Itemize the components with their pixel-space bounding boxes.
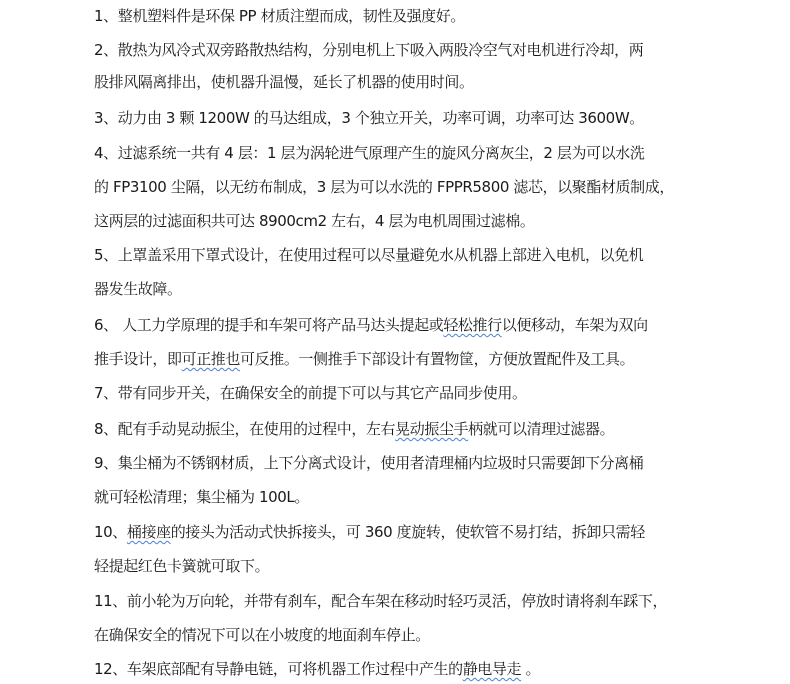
text-line: 这两层的过滤面积共可达 8900cm2 左右，4 层为电机周围过滤棉。 [94, 211, 534, 231]
line-text: 3、动力由 3 颗 1200W 的马达组成，3 个独立开关，功率可调，功率可达 … [94, 109, 644, 127]
text-line: 器发生故障。 [94, 279, 182, 299]
line-text: 器发生故障。 [94, 280, 182, 298]
text-line: 5、上罩盖采用下罩式设计，在使用过程可以尽量避免水从机器上部进入电机，以免机 [94, 245, 643, 265]
line-text: 12、车架底部配有导静电链，可将机器工作过程中产生的 [94, 660, 463, 678]
line-text: 可反推。一侧推手下部设计有置物筐，方便放置配件及工具。 [240, 350, 634, 368]
line-text: 的接头为活动式快拆接头，可 360 度旋转，使软管不易打结，拆卸只需轻 [171, 523, 645, 541]
text-line: 4、过滤系统一共有 4 层：1 层为涡轮进气原理产生的旋风分离灰尘，2 层为可以… [94, 143, 644, 163]
text-line: 7、带有同步开关，在确保安全的前提下可以与其它产品同步使用。 [94, 383, 527, 403]
line-text: 11、前小轮为万向轮，并带有刹车，配合车架在移动时轻巧灵活，停放时请将刹车踩下， [94, 592, 667, 610]
text-line: 1、整机塑料件是环保 PP 材质注塑而成，韧性及强度好。 [94, 6, 465, 26]
line-text: 4、过滤系统一共有 4 层：1 层为涡轮进气原理产生的旋风分离灰尘，2 层为可以… [94, 144, 644, 162]
spellcheck-flagged-text[interactable]: 晃动振尘手 [395, 420, 468, 438]
text-line: 9、集尘桶为不锈钢材质，上下分离式设计，使用者清理桶内垃圾时只需要卸下分离桶 [94, 453, 643, 473]
line-text: 就可轻松清理；集尘桶为 100L。 [94, 488, 309, 506]
text-line: 10、桶接座的接头为活动式快拆接头，可 360 度旋转，使软管不易打结，拆卸只需… [94, 522, 645, 542]
line-text: 的 FP3100 尘隔，以无纺布制成，3 层为可以水洗的 FPPR5800 滤芯… [94, 178, 674, 196]
spellcheck-flagged-text[interactable]: 静电导走 [463, 660, 521, 678]
text-line: 11、前小轮为万向轮，并带有刹车，配合车架在移动时轻巧灵活，停放时请将刹车踩下， [94, 591, 667, 611]
line-text: 6、 人工力学原理的提手和车架可将产品马达头提起或 [94, 316, 443, 334]
line-text: 这两层的过滤面积共可达 8900cm2 左右，4 层为电机周围过滤棉。 [94, 212, 534, 230]
spellcheck-flagged-text[interactable]: 桶接座 [127, 523, 171, 541]
text-line: 就可轻松清理；集尘桶为 100L。 [94, 487, 309, 507]
line-text: 2、散热为风冷式双旁路散热结构，分别电机上下吸入两股冷空气对电机进行冷却，两 [94, 41, 643, 59]
line-text: 7、带有同步开关，在确保安全的前提下可以与其它产品同步使用。 [94, 384, 527, 402]
text-line: 股排风隔离排出，使机器升温慢，延长了机器的使用时间。 [94, 72, 474, 92]
line-text: 。 [521, 660, 540, 678]
text-line: 12、车架底部配有导静电链，可将机器工作过程中产生的静电导走 。 [94, 659, 540, 679]
text-line: 轻提起红色卡簧就可取下。 [94, 556, 269, 576]
line-text: 以便移动，车架为双向 [502, 316, 648, 334]
line-text: 1、整机塑料件是环保 PP 材质注塑而成，韧性及强度好。 [94, 7, 465, 25]
text-line: 的 FP3100 尘隔，以无纺布制成，3 层为可以水洗的 FPPR5800 滤芯… [94, 177, 674, 197]
line-text: 8、配有手动晃动振尘，在使用的过程中，左右 [94, 420, 395, 438]
text-line: 3、动力由 3 颗 1200W 的马达组成，3 个独立开关，功率可调，功率可达 … [94, 108, 644, 128]
text-line: 8、配有手动晃动振尘，在使用的过程中，左右晃动振尘手柄就可以清理过滤器。 [94, 419, 614, 439]
line-text: 5、上罩盖采用下罩式设计，在使用过程可以尽量避免水从机器上部进入电机，以免机 [94, 246, 643, 264]
text-line: 6、 人工力学原理的提手和车架可将产品马达头提起或轻松推行以便移动，车架为双向 [94, 315, 648, 335]
spellcheck-flagged-text[interactable]: 可正推也 [182, 350, 240, 368]
line-text: 在确保安全的情况下可以在小坡度的地面刹车停止。 [94, 626, 430, 644]
text-line: 推手设计，即可正推也可反推。一侧推手下部设计有置物筐，方便放置配件及工具。 [94, 349, 634, 369]
line-text: 柄就可以清理过滤器。 [468, 420, 614, 438]
line-text: 10、 [94, 523, 127, 541]
text-line: 在确保安全的情况下可以在小坡度的地面刹车停止。 [94, 625, 430, 645]
text-line: 2、散热为风冷式双旁路散热结构，分别电机上下吸入两股冷空气对电机进行冷却，两 [94, 40, 643, 60]
spellcheck-flagged-text[interactable]: 轻松推行 [443, 316, 501, 334]
line-text: 轻提起红色卡簧就可取下。 [94, 557, 269, 575]
line-text: 推手设计，即 [94, 350, 182, 368]
line-text: 股排风隔离排出，使机器升温慢，延长了机器的使用时间。 [94, 73, 474, 91]
line-text: 9、集尘桶为不锈钢材质，上下分离式设计，使用者清理桶内垃圾时只需要卸下分离桶 [94, 454, 643, 472]
